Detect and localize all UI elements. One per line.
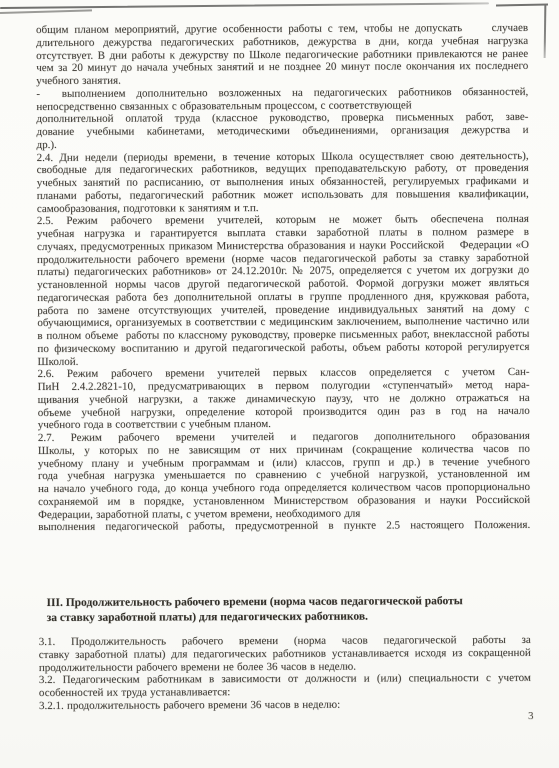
paragraph-dash-item: - выполнением дополнительно возложенных … [36,86,528,152]
text-line: 3.2.1. продолжительность рабочего времен… [39,698,531,713]
page-number: 3 [528,710,534,722]
scan-artifact-top-edge [0,2,489,9]
document-body: общим планом мероприятий, другие особенн… [36,22,531,713]
text-line: ставку заработной платы) для педагогичес… [39,647,531,662]
text-line: 3.2. Педагогическим работникам в зависим… [39,672,531,687]
text-line: объеме учебной нагрузки, определение кот… [38,404,530,419]
text-line: по физическому воспитанию и другой педаг… [37,341,529,356]
paragraph-2-7: 2.7. Режим рабочего времени учителей и п… [38,430,530,534]
paragraph-3-1: 3.1. Продолжительность рабочего времени … [39,634,531,674]
scan-artifact-corner-horizontal [496,4,548,7]
text-line: дование учебными кабинетами, методически… [36,124,528,139]
text-line: III. Продолжительность рабочего времени … [46,594,530,611]
paragraph-2-5: 2.5. Режим рабочего времени учителей, ко… [37,213,530,368]
paragraph-3-2: 3.2. Педагогическим работникам в зависим… [39,672,531,700]
paragraph-3-2-1: 3.2.1. продолжительность рабочего времен… [39,698,531,713]
text-line: сохраняемой им в порядке, установленном … [38,494,530,509]
section-3-heading: III. Продолжительность рабочего времени … [38,594,530,626]
scanned-document-page: общим планом мероприятий, другие особенн… [0,0,559,768]
paragraph-2-3-continuation: общим планом мероприятий, другие особенн… [36,22,528,88]
text-line: планами работы, педагогический работник … [37,188,529,203]
text-line: - выполнением дополнительно возложенных … [36,86,528,101]
scan-artifact-right-edge [544,4,547,58]
paragraph-2-6: 2.6. Режим рабочего времени учителей пер… [38,366,530,432]
text-line: чем за 20 минут до начала учебных заняти… [36,60,528,75]
text-line: за ставку заработной платы) для педагоги… [47,609,531,626]
scan-artifact-top-edge-secondary [0,9,92,13]
text-line: выполнения педагогической работы, предус… [38,519,530,534]
paragraph-2-4: 2.4. Дни недели (периоды времени, в тече… [37,149,529,215]
